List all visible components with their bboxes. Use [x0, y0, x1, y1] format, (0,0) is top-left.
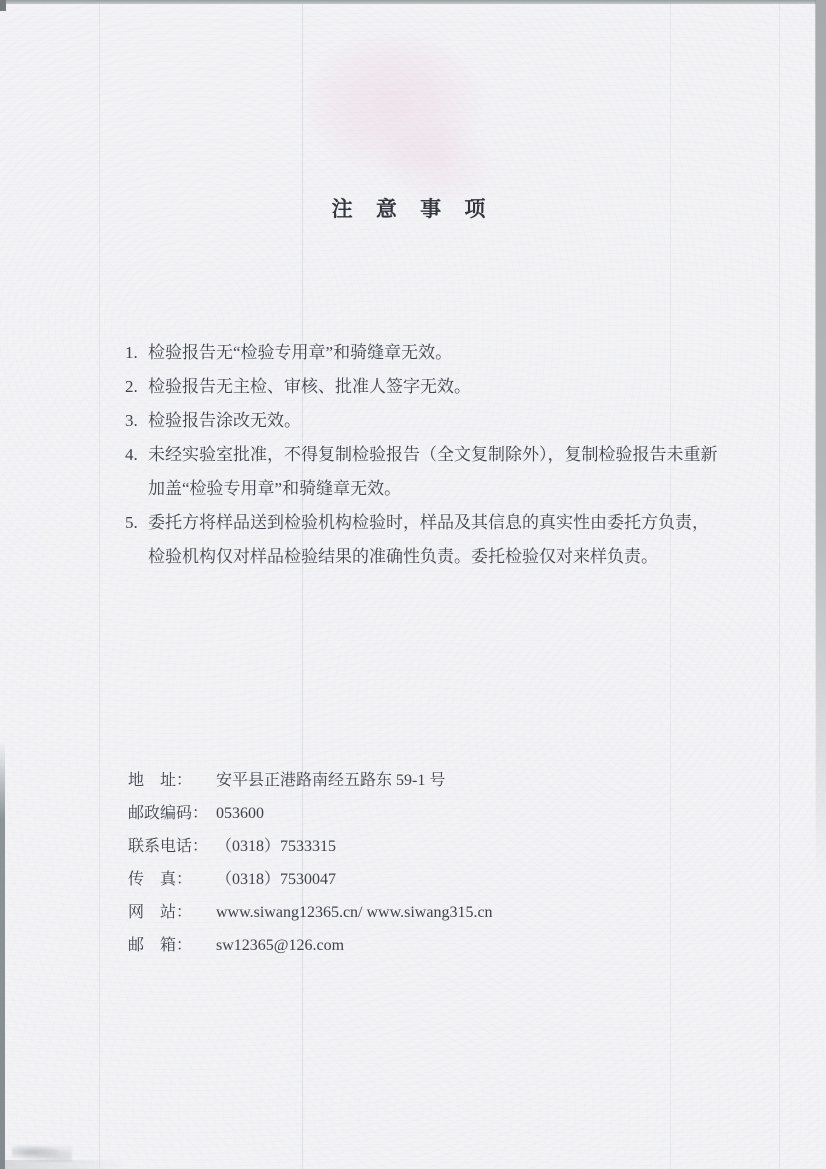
page-title: 注 意 事 项 [332, 193, 495, 223]
note-item: 4. 未经实验室批准，不得复制检验报告（全文复制除外），复制检验报告未重新 加盖… [125, 438, 765, 506]
note-item: 3. 检验报告涂改无效。 [125, 404, 765, 438]
note-text: 检验报告涂改无效。 [148, 404, 765, 438]
note-text: 委托方将样品送到检验机构检验时，样品及其信息的真实性由委托方负责， 检验机构仅对… [148, 506, 765, 574]
contact-label: 邮政编码： [128, 797, 216, 830]
contact-row-fax: 传 真： （0318）7530047 [128, 863, 688, 896]
contact-value-email: sw12365@126.com [216, 929, 688, 962]
contact-label: 地 址： [128, 764, 216, 797]
note-number: 5. [125, 506, 148, 540]
contact-label: 联系电话： [128, 830, 216, 863]
contact-row-website: 网 站： www.siwang12365.cn/ www.siwang315.c… [128, 896, 688, 929]
contact-label: 网 站： [128, 896, 216, 929]
contact-row-postcode: 邮政编码： 053600 [128, 797, 688, 830]
note-text: 检验报告无“检验专用章”和骑缝章无效。 [148, 336, 765, 370]
note-item: 5. 委托方将样品送到检验机构检验时，样品及其信息的真实性由委托方负责， 检验机… [125, 506, 765, 574]
scanned-document: { "page": { "title": "注 意 事 项", "notes":… [0, 0, 826, 1169]
notes-list: 1. 检验报告无“检验专用章”和骑缝章无效。 2. 检验报告无主检、审核、批准人… [125, 336, 765, 574]
scan-corner-top-left [0, 0, 6, 11]
note-item: 2. 检验报告无主检、审核、批准人签字无效。 [125, 370, 765, 404]
contact-row-phone: 联系电话： （0318）7533315 [128, 830, 688, 863]
contact-row-email: 邮 箱： sw12365@126.com [128, 929, 688, 962]
contact-label: 传 真： [128, 863, 216, 896]
scan-smudge [12, 1142, 72, 1162]
contact-info: 地 址： 安平县正港路南经五路东 59-1 号 邮政编码： 053600 联系电… [128, 764, 688, 962]
contact-value-postcode: 053600 [216, 797, 688, 830]
contact-label: 邮 箱： [128, 929, 216, 962]
contact-value-website: www.siwang12365.cn/ www.siwang315.cn [216, 896, 688, 929]
contact-row-address: 地 址： 安平县正港路南经五路东 59-1 号 [128, 764, 688, 797]
contact-value-phone: （0318）7533315 [216, 830, 688, 863]
document-content: 注 意 事 项 1. 检验报告无“检验专用章”和骑缝章无效。 2. 检验报告无主… [0, 0, 826, 1169]
contact-value-address: 安平县正港路南经五路东 59-1 号 [216, 764, 688, 797]
note-item: 1. 检验报告无“检验专用章”和骑缝章无效。 [125, 336, 765, 370]
note-number: 2. [125, 370, 148, 404]
scan-edge-left [0, 742, 5, 1169]
contact-value-fax: （0318）7530047 [216, 863, 688, 896]
note-number: 4. [125, 438, 148, 472]
note-text: 未经实验室批准，不得复制检验报告（全文复制除外），复制检验报告未重新 加盖“检验… [148, 438, 765, 506]
note-number: 3. [125, 404, 148, 438]
scan-edge-top [0, 0, 826, 4]
scan-edge-right [816, 0, 826, 920]
note-number: 1. [125, 336, 148, 370]
note-text: 检验报告无主检、审核、批准人签字无效。 [148, 370, 765, 404]
scan-smudge [0, 1160, 130, 1169]
